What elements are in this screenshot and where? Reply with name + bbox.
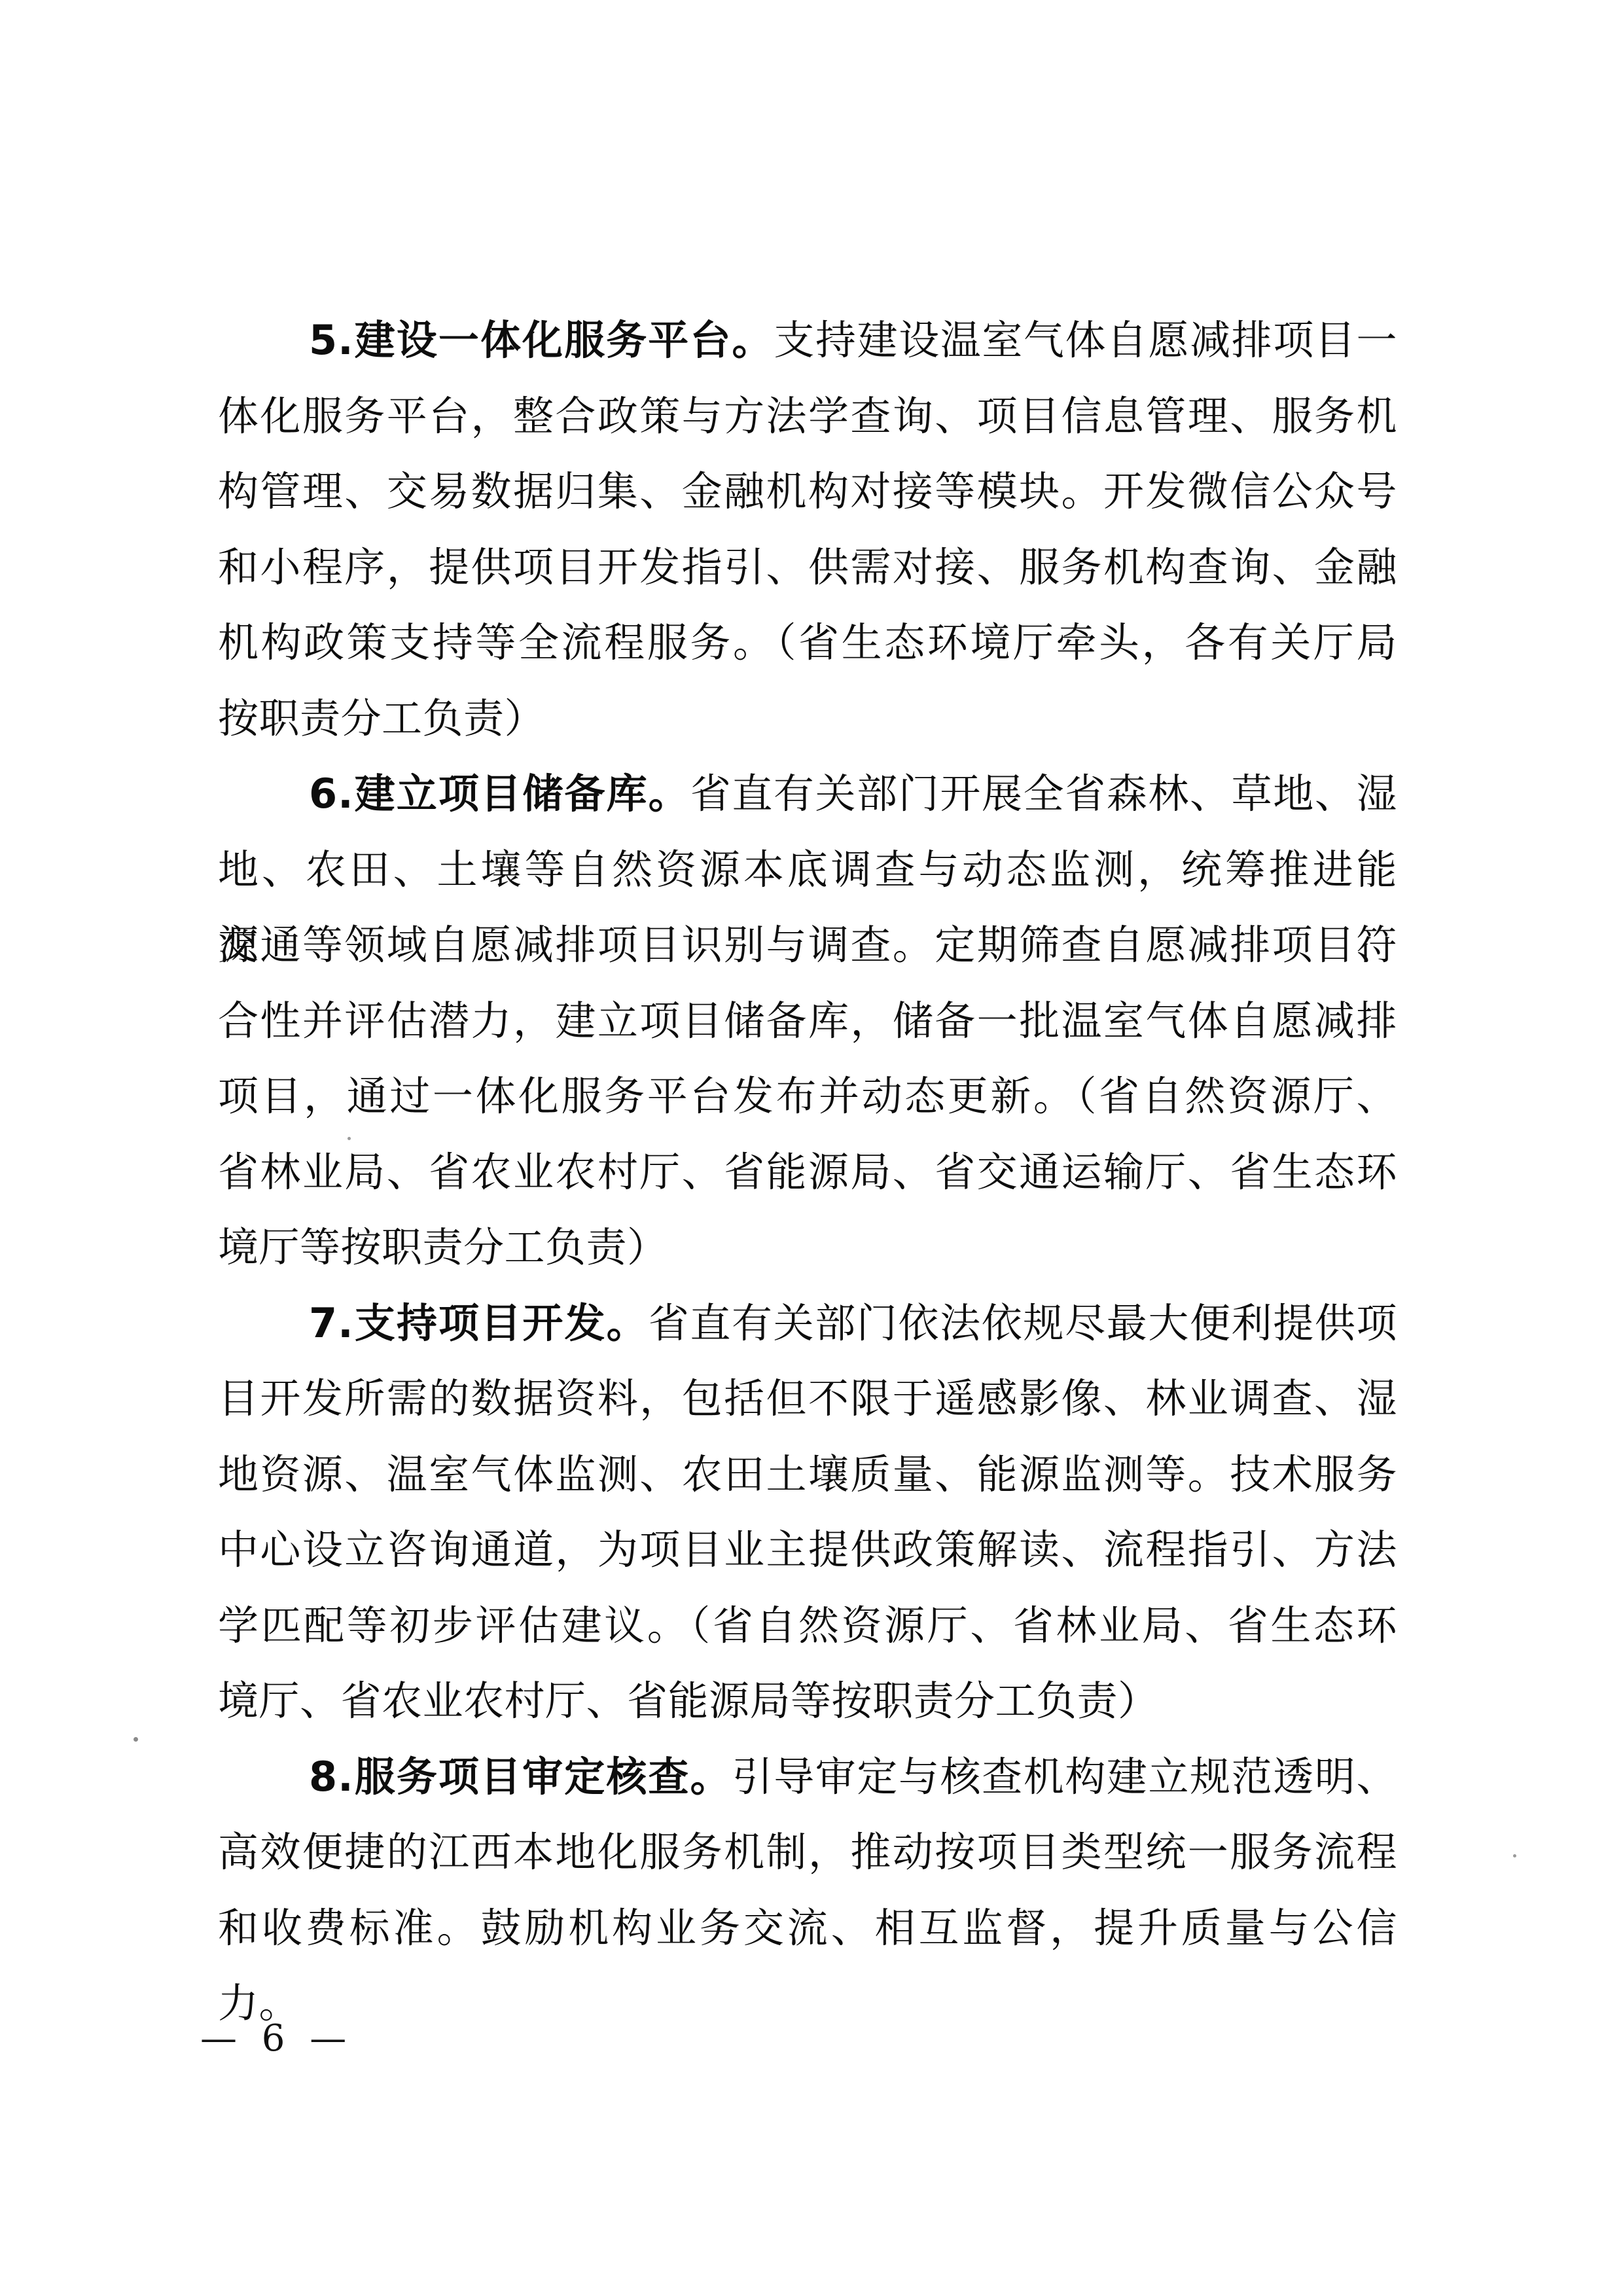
paragraph-6-line: 合性并评估潜力，建立项目储备库，储备一批温室气体自愿减排 — [218, 983, 1397, 1059]
paragraph-8-last-line: 和收费标准。鼓励机构业务交流、相互监督，提升质量与公信力。 — [218, 1890, 1397, 1966]
paragraph-7-line: 学匹配等初步评估建议。（省自然资源厅、省林业局、省生态环 — [218, 1588, 1397, 1664]
scan-artifact-dot — [1513, 1854, 1516, 1857]
scan-artifact-dot — [348, 1137, 351, 1140]
paragraph-5-last-line: 按职责分工负责） — [218, 681, 1397, 757]
page-number: — 6 — — [200, 2017, 353, 2060]
paragraph-6-first-text: 省直有关部门开展全省森林、草地、湿 — [690, 770, 1397, 817]
paragraph-5-line: 机构政策支持等全流程服务。（省生态环境厅牵头，各有关厅局 — [218, 605, 1397, 681]
paragraph-6-line: 交通等领域自愿减排项目识别与调查。定期筛查自愿减排项目符 — [218, 907, 1397, 983]
paragraph-8-first-text: 引导审定与核查机构建立规范透明、 — [732, 1753, 1397, 1801]
paragraph-7-line: 中心设立咨询通道，为项目业主提供政策解读、流程指引、方法 — [218, 1512, 1397, 1588]
paragraph-5-line: 和小程序，提供项目开发指引、供需对接、服务机构查询、金融 — [218, 529, 1397, 605]
paragraph-6-line: 项目，通过一体化服务平台发布并动态更新。（省自然资源厅、 — [218, 1058, 1397, 1134]
paragraph-8-heading: 8.服务项目审定核查。 — [309, 1753, 732, 1801]
paragraph-7-line: 地资源、温室气体监测、农田土壤质量、能源监测等。技术服务 — [218, 1437, 1397, 1513]
paragraph-5-heading: 5.建设一体化服务平台。 — [309, 316, 774, 364]
paragraph-6-line: 地、农田、土壤等自然资源本底调查与动态监测，统筹推进能源、 — [218, 832, 1397, 908]
paragraph-8-line: 高效便捷的江西本地化服务机制，推动按项目类型统一服务流程 — [218, 1814, 1397, 1890]
paragraph-7-heading: 7.支持项目开发。 — [309, 1299, 649, 1347]
paragraph-6-heading: 6.建立项目储备库。 — [309, 770, 690, 817]
paragraph-7-first-text: 省直有关部门依法依规尽最大便利提供项 — [649, 1299, 1397, 1347]
paragraph-6-line: 省林业局、省农业农村厅、省能源局、省交通运输厅、省生态环 — [218, 1134, 1397, 1210]
paragraph-5-line: 构管理、交易数据归集、金融机构对接等模块。开发微信公众号 — [218, 454, 1397, 529]
document-body: 5.建设一体化服务平台。支持建设温室气体自愿减排项目一 体化服务平台，整合政策与… — [218, 302, 1397, 1965]
paragraph-8-first-line: 8.服务项目审定核查。引导审定与核查机构建立规范透明、 — [218, 1739, 1397, 1815]
paragraph-6-first-line: 6.建立项目储备库。省直有关部门开展全省森林、草地、湿 — [218, 756, 1397, 832]
paragraph-5-first-text: 支持建设温室气体自愿减排项目一 — [774, 316, 1397, 364]
paragraph-7-first-line: 7.支持项目开发。省直有关部门依法依规尽最大便利提供项 — [218, 1285, 1397, 1361]
paragraph-5-line: 体化服务平台，整合政策与方法学查询、项目信息管理、服务机 — [218, 378, 1397, 454]
paragraph-7-last-line: 境厅、省农业农村厅、省能源局等按职责分工负责） — [218, 1663, 1397, 1739]
paragraph-6-last-line: 境厅等按职责分工负责） — [218, 1210, 1397, 1285]
paragraph-5-first-line: 5.建设一体化服务平台。支持建设温室气体自愿减排项目一 — [218, 302, 1397, 378]
scan-artifact-dot — [134, 1737, 138, 1742]
paragraph-7-line: 目开发所需的数据资料，包括但不限于遥感影像、林业调查、湿 — [218, 1361, 1397, 1437]
